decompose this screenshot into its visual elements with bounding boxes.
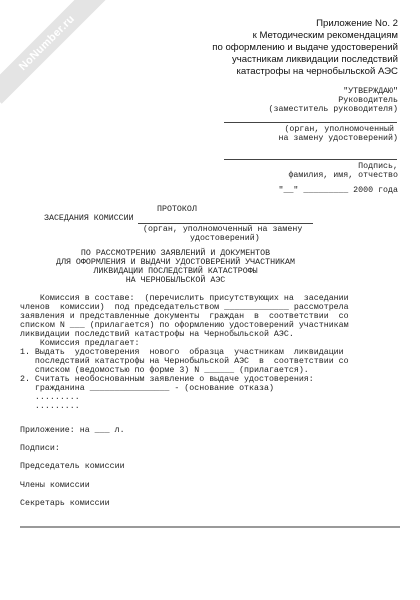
secretary-label: Секретарь комиссии [20, 499, 110, 508]
body-line: гражданина ________________ - (основание… [20, 384, 274, 393]
protocol-title: ПРОТОКОЛ [157, 205, 197, 214]
commission-blank-line [138, 223, 313, 224]
watermark: NoNumber.ru [0, 0, 108, 104]
meeting-label: ЗАСЕДАНИЯ КОМИССИИ [44, 214, 134, 223]
header-line: участникам ликвидации последствий [212, 54, 398, 66]
body-line: последствий катастрофы на Чернобыльской … [20, 357, 349, 366]
chairman-label: Председатель комиссии [20, 462, 125, 471]
signature-blank-line [224, 159, 397, 160]
organ-caption-line1: (орган, уполномоченный на замену [143, 225, 302, 234]
body-line: 1. Выдать удостоверения нового образца у… [20, 348, 344, 357]
signature-caption-2: фамилия, имя, отчество [288, 171, 398, 180]
body-line: членов комиссии) под председательством _… [20, 303, 349, 312]
header-line: по оформлению и выдаче удостоверений [212, 42, 398, 54]
document-header: Приложение No. 2 к Методическим рекоменд… [212, 18, 398, 78]
date-line: "__" _________ 2000 года [279, 186, 399, 195]
organ-caption-line2: удостоверений) [190, 234, 260, 243]
subject-line: ПО РАССМОТРЕНИЮ ЗАЯВЛЕНИЙ И ДОКУМЕНТОВ [0, 249, 351, 258]
approver-deputy: (заместитель руководителя) [269, 105, 398, 114]
subject-line: ДЛЯ ОФОРМЛЕНИЯ И ВЫДАЧИ УДОСТОВЕРЕНИЙ УЧ… [0, 258, 351, 267]
organ-caption-1: (орган, уполномоченный [284, 125, 394, 134]
bottom-divider [20, 526, 400, 528]
body-line: Комиссия предлагает: [20, 339, 140, 348]
organ-caption-2: на замену удостоверений) [279, 134, 399, 143]
header-line: катастрофы на чернобыльской АЭС [212, 66, 398, 78]
signature-caption-1: Подпись, [358, 162, 398, 171]
body-line: заявления и представленные документы гра… [20, 312, 349, 321]
signatures-label: Подписи: [20, 444, 60, 453]
body-line: ......... [20, 402, 80, 411]
header-line: Приложение No. 2 [212, 18, 398, 30]
approver-role: Руководитель [338, 96, 398, 105]
header-line: к Методическим рекомендациям [212, 30, 398, 42]
body-line: списком N ___ (прилагается) по оформлени… [20, 321, 349, 330]
approve-label: "УТВЕРЖДАЮ" [343, 87, 398, 96]
body-line: Комиссия в составе: (перечислить присутс… [20, 294, 349, 303]
body-line: списком (ведомостью по форме 3) N ______… [20, 366, 309, 375]
attachment-line: Приложение: на ___ л. [20, 426, 125, 435]
body-line: 2. Считать необоснованным заявление о вы… [20, 375, 314, 384]
organ-blank-line [224, 122, 397, 123]
subject-line: НА ЧЕРНОБЫЛЬСКОЙ АЭС [0, 276, 351, 285]
body-line: ......... [20, 393, 80, 402]
subject-line: ЛИКВИДАЦИИ ПОСЛЕДСТВИЙ КАТАСТРОФЫ [0, 267, 351, 276]
members-label: Члены комиссии [20, 481, 90, 490]
body-line: ликвидации последствий катастрофы на Чер… [20, 330, 294, 339]
